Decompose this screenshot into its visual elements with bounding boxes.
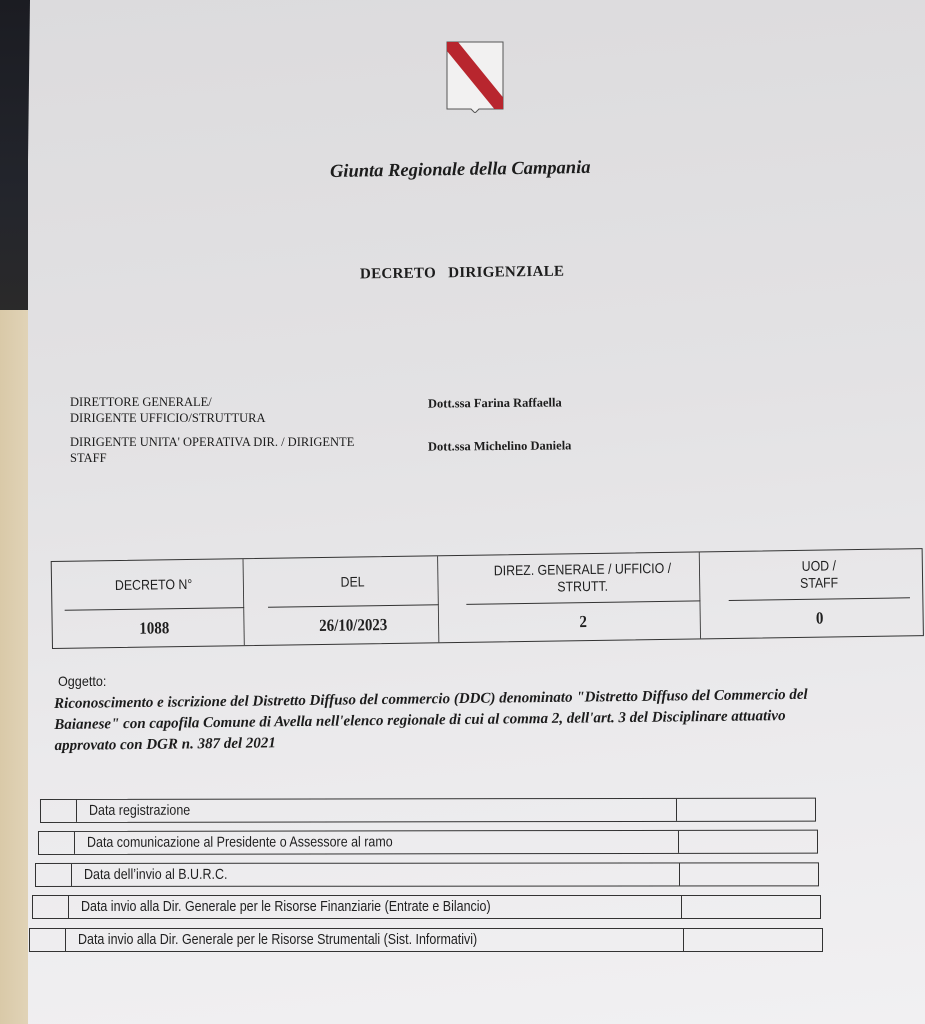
decree-table: DECRETO N° DEL DIREZ. GENERALE / UFFICIO… [51, 548, 924, 649]
registry-label: Data registrazione [89, 800, 190, 822]
registry-row: Data registrazione [40, 798, 816, 823]
registry-checkbox [41, 800, 77, 822]
registry-value [682, 896, 820, 918]
registry-checkbox [30, 929, 66, 951]
header-title: Giunta Regionale della Campania [330, 158, 591, 183]
campania-region-crest-icon [444, 39, 506, 113]
decree-date-value: 26/10/2023 [268, 605, 439, 645]
registry-checkbox [36, 864, 72, 886]
decree-number-value: 1088 [65, 608, 245, 648]
decree-number-header: DECRETO N° [64, 559, 244, 611]
signatory-name-2: Dott.ssa Michelino Daniela [428, 438, 572, 454]
registry-row: Data invio alla Dir. Generale per le Ris… [32, 895, 821, 919]
registry-label: Data invio alla Dir. Generale per le Ris… [81, 896, 491, 918]
registry-checkbox [39, 832, 75, 854]
registry-value [679, 831, 817, 853]
registry-label: Data comunicazione al Presidente o Asses… [87, 831, 393, 854]
registry-label: Data invio alla Dir. Generale per le Ris… [78, 929, 477, 951]
registry-row: Data invio alla Dir. Generale per le Ris… [29, 928, 823, 952]
signatory-role-1: DIRETTORE GENERALE/ DIRIGENTE UFFICIO/ST… [70, 394, 265, 426]
direction-value: 2 [466, 601, 701, 641]
registry-value [684, 929, 822, 951]
direction-header: DIREZ. GENERALE / UFFICIO / STRUTT. [466, 552, 701, 604]
signatory-name-1: Dott.ssa Farina Raffaella [428, 395, 562, 411]
registry-row: Data comunicazione al Presidente o Asses… [38, 830, 818, 855]
registry-label: Data dell’invio al B.U.R.C. [84, 864, 227, 886]
uod-staff-value: 0 [729, 598, 911, 638]
registry-checkbox [33, 896, 69, 918]
decree-date-header: DEL [267, 556, 438, 608]
uod-staff-header: UOD / STAFF [728, 549, 910, 601]
signatory-role-2: DIRIGENTE UNITA' OPERATIVA DIR. / DIRIGE… [70, 434, 354, 466]
decree-type: DECRETO DIRIGENZIALE [360, 264, 565, 284]
subject-text: Riconoscimento e iscrizione del Distrett… [54, 685, 815, 757]
registry-value [677, 799, 815, 821]
registry-value [680, 863, 818, 885]
subject-label: Oggetto: [58, 673, 106, 689]
registry-row: Data dell’invio al B.U.R.C. [35, 862, 819, 887]
